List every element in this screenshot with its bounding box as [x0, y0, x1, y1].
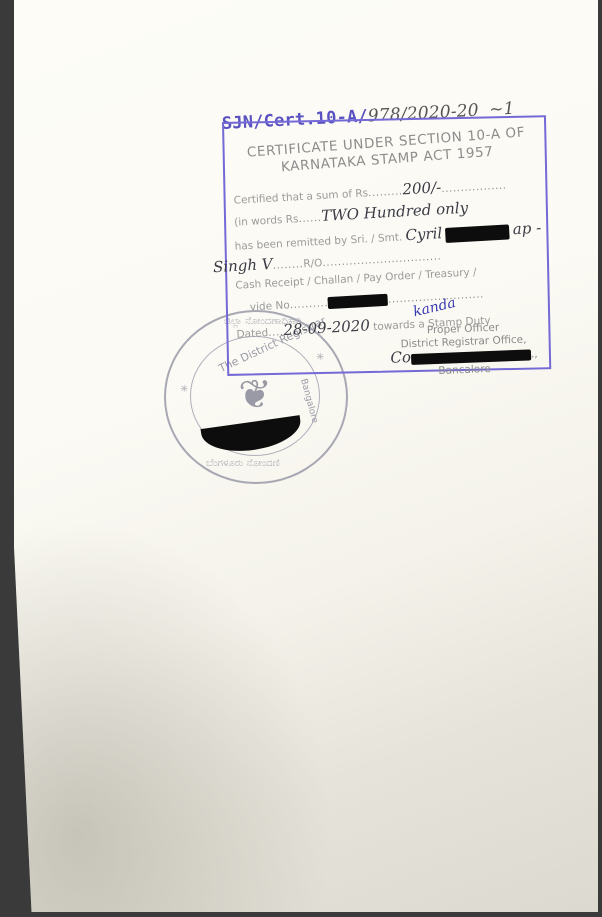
redaction-mark	[445, 224, 510, 243]
star-icon: ✳	[180, 384, 188, 395]
ro-label: R/O	[303, 257, 323, 270]
redaction-mark	[411, 349, 531, 365]
remitted-value: Cyril	[405, 224, 443, 244]
dated-value: 28-09-2020	[283, 316, 370, 339]
redaction-mark	[328, 294, 389, 309]
seal-kannada-bottom: ಬೆಂಗಳೂರು ನೋಂದಣಿ	[206, 458, 280, 469]
paper-shadow	[14, 520, 334, 912]
officer-block: Proper Officer District Registrar Office…	[378, 320, 550, 380]
vide-label: vide No	[250, 299, 290, 313]
stamp-certificate-box: CERTIFICATE UNDER SECTION 10-A OF KARNAT…	[222, 115, 551, 376]
remitted-tail: ap -	[512, 219, 541, 239]
words-label: (in words Rs	[234, 213, 299, 229]
sum-value: 200/-	[402, 178, 442, 198]
dated-label: Dated	[236, 327, 268, 341]
words-value: TWO Hundred only	[321, 199, 469, 225]
name-continuation: Singh V	[213, 255, 274, 276]
certificate-title: CERTIFICATE UNDER SECTION 10-A OF KARNAT…	[236, 124, 538, 180]
sum-label: Certified that a sum of Rs	[233, 187, 368, 206]
location-prefix: Co	[390, 348, 411, 367]
lion-emblem-icon: ❦	[224, 368, 286, 422]
